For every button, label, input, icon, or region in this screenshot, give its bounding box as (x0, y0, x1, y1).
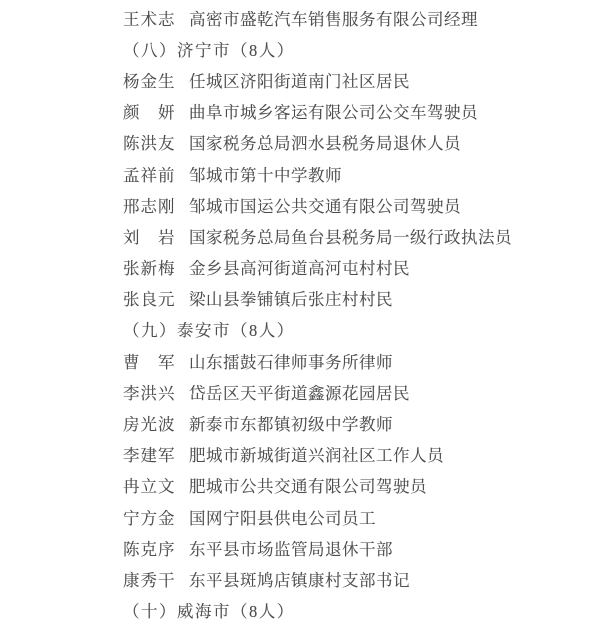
section-header-text: （十）威海市（8人） (123, 598, 295, 622)
honoree-name: 张新梅 (123, 255, 180, 279)
honoree-description: 梁山县拳铺镇后张庄村村民 (189, 286, 393, 310)
honoree-description: 东平县斑鸠店镇康村支部书记 (189, 567, 410, 591)
honoree-name: 刘 岩 (123, 224, 180, 248)
section-header: （十）威海市（8人） (123, 595, 613, 626)
honoree-description: 金乡县高河街道高河屯村村民 (189, 255, 410, 279)
honoree-row: 李洪兴岱岳区天平街道鑫源花园居民 (123, 376, 613, 407)
honoree-description: 任城区济阳街道南门社区居民 (189, 68, 410, 92)
honoree-row: 颜 妍曲阜市城乡客运有限公司公交车驾驶员 (123, 96, 613, 127)
honoree-description: 国网宁阳县供电公司员工 (189, 505, 376, 529)
honoree-name: 张良元 (123, 286, 180, 310)
honoree-description: 国家税务总局泗水县税务局退休人员 (189, 130, 461, 154)
section-header-text: （八）济宁市（8人） (123, 37, 295, 61)
honoree-name: 李建军 (123, 442, 180, 466)
honoree-name: 陈洪友 (123, 130, 180, 154)
honoree-row: 房光波新泰市东都镇初级中学教师 (123, 407, 613, 438)
honoree-description: 国家税务总局鱼台县税务局一级行政执法员 (189, 224, 512, 248)
honoree-row: 陈洪友国家税务总局泗水县税务局退休人员 (123, 127, 613, 158)
honoree-name: 李洪兴 (123, 380, 180, 404)
honoree-name: 邢志刚 (123, 193, 180, 217)
honoree-row: 邢志刚邹城市国运公共交通有限公司驾驶员 (123, 189, 613, 220)
honoree-name: 陈克序 (123, 536, 180, 560)
honoree-name: 康秀干 (123, 567, 180, 591)
honoree-row: 杨金生任城区济阳街道南门社区居民 (123, 64, 613, 95)
honoree-name: 冉立文 (123, 473, 180, 497)
honoree-description: 岱岳区天平街道鑫源花园居民 (189, 380, 410, 404)
honoree-description: 邹城市国运公共交通有限公司驾驶员 (189, 193, 461, 217)
honoree-row: 陈克序东平县市场监管局退休干部 (123, 532, 613, 563)
honoree-row: 李建军肥城市新城街道兴润社区工作人员 (123, 439, 613, 470)
honoree-name: 曹 军 (123, 349, 180, 373)
honoree-row: 曹 军山东擂鼓石律师事务所律师 (123, 345, 613, 376)
honoree-row: 孟祥前邹城市第十中学教师 (123, 158, 613, 189)
honoree-name: 王术志 (123, 6, 180, 30)
honoree-row: 康秀干东平县斑鸠店镇康村支部书记 (123, 563, 613, 594)
honoree-description: 东平县市场监管局退休干部 (189, 536, 393, 560)
honoree-description: 山东擂鼓石律师事务所律师 (189, 349, 393, 373)
honoree-name: 颜 妍 (123, 99, 180, 123)
honoree-row: 张良元梁山县拳铺镇后张庄村村民 (123, 283, 613, 314)
honoree-description: 肥城市公共交通有限公司驾驶员 (189, 473, 427, 497)
honoree-row: 王术志高密市盛乾汽车销售服务有限公司经理 (123, 2, 613, 33)
honoree-description: 肥城市新城街道兴润社区工作人员 (189, 442, 444, 466)
honoree-name: 宁方金 (123, 505, 180, 529)
honoree-description: 曲阜市城乡客运有限公司公交车驾驶员 (189, 99, 478, 123)
honoree-row: 宁方金国网宁阳县供电公司员工 (123, 501, 613, 532)
honoree-description: 高密市盛乾汽车销售服务有限公司经理 (189, 6, 478, 30)
section-header: （八）济宁市（8人） (123, 33, 613, 64)
honoree-name: 孟祥前 (123, 162, 180, 186)
honoree-row: 冉立文肥城市公共交通有限公司驾驶员 (123, 470, 613, 501)
honoree-description: 新泰市东都镇初级中学教师 (189, 411, 393, 435)
honoree-name: 杨金生 (123, 68, 180, 92)
section-header-text: （九）泰安市（8人） (123, 317, 295, 341)
document-page: 王术志高密市盛乾汽车销售服务有限公司经理（八）济宁市（8人）杨金生任城区济阳街道… (0, 0, 613, 628)
honoree-row: 刘 岩国家税务总局鱼台县税务局一级行政执法员 (123, 220, 613, 251)
honoree-description: 邹城市第十中学教师 (189, 162, 342, 186)
section-header: （九）泰安市（8人） (123, 314, 613, 345)
honoree-name: 房光波 (123, 411, 180, 435)
honoree-list: 王术志高密市盛乾汽车销售服务有限公司经理（八）济宁市（8人）杨金生任城区济阳街道… (123, 2, 613, 626)
honoree-row: 张新梅金乡县高河街道高河屯村村民 (123, 252, 613, 283)
